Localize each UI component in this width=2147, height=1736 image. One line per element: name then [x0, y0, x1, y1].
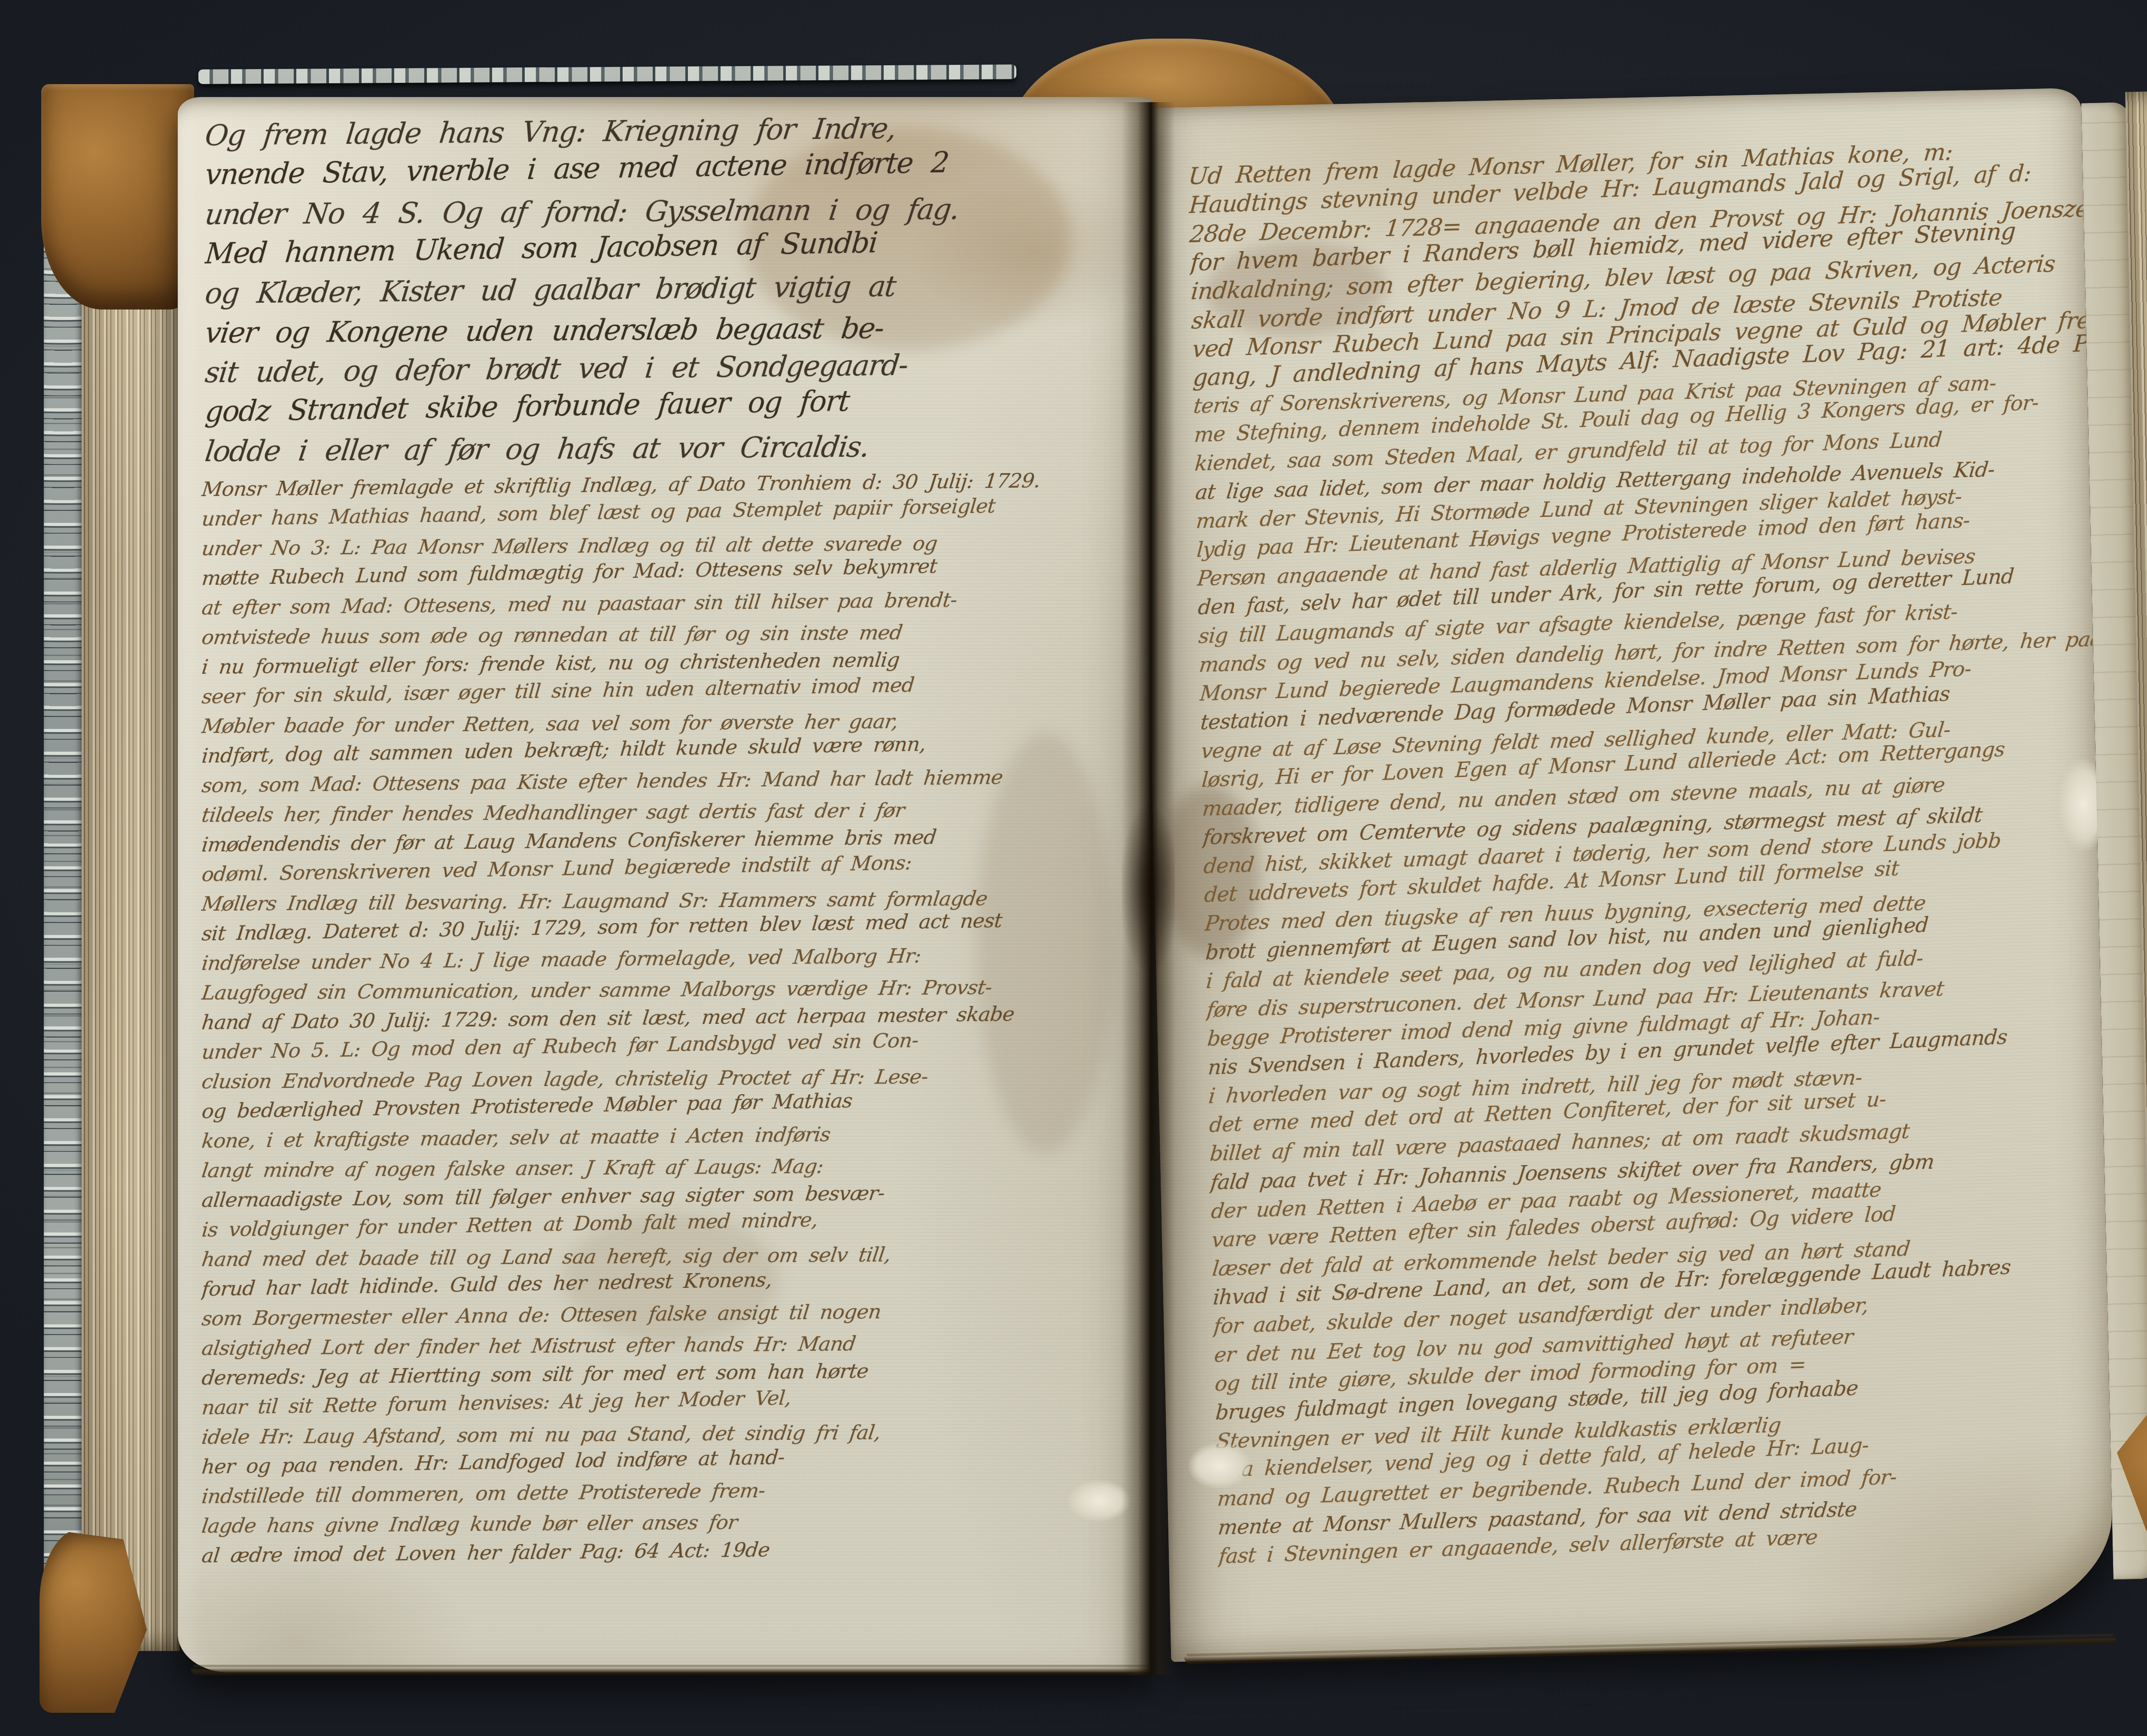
page-bottom-edge: [1184, 1636, 2116, 1665]
right-page: Ud Retten frem lagde Monsr Møller, for s…: [1137, 88, 2114, 1662]
left-cover-leather-corner-top: [41, 84, 194, 310]
left-page-stack-edge: [82, 106, 179, 1651]
handwritten-line: lodde i eller af før og hafs at vor Circ…: [203, 425, 1146, 471]
photo-backdrop: Og frem lagde hans Vng: Kriegning for In…: [0, 0, 2147, 1736]
left-page-body-text: Monsr Møller fremlagde et skriftlig Indl…: [202, 475, 1148, 1571]
left-page-heading-text: Og frem lagde hans Vng: Kriegning for In…: [205, 116, 1144, 471]
back-cover-top-edge: [198, 64, 1016, 84]
open-book: Og frem lagde hans Vng: Kriegning for In…: [0, 0, 2147, 1736]
page-bottom-edge: [191, 1667, 1152, 1676]
book-gutter: [1122, 102, 1175, 1675]
right-page-text: Ud Retten frem lagde Monsr Møller, for s…: [1188, 143, 2113, 1571]
left-cover-marbled-edge: [44, 102, 82, 1660]
left-page: Og frem lagde hans Vng: Kriegning for In…: [178, 97, 1151, 1672]
